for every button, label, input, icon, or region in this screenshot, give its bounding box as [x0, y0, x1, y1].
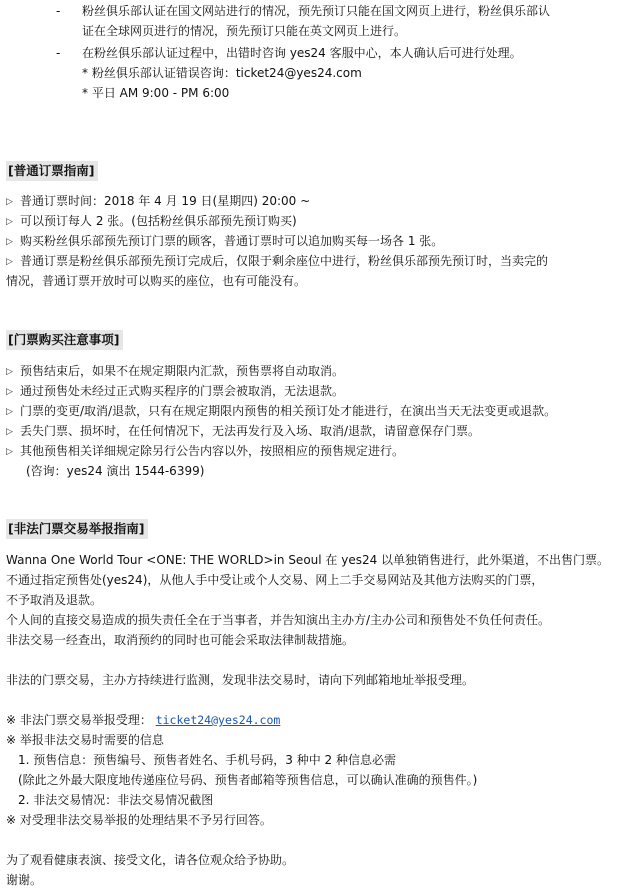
- illegal-paragraph-line: 不通过指定预售处(yes24)，从他人手中受让或个人交易、网上二手交易网站及其他…: [6, 571, 543, 589]
- report-email-row: ※ 非法门票交易举报受理： ticket24@yes24.com: [6, 711, 280, 729]
- report-info-label: ※ 举报非法交易时需要的信息: [6, 731, 164, 749]
- booking-time: 普通订票时间：2018 年 4 月 19 日(星期四) 20:00 ~: [20, 194, 310, 208]
- triangle-bullet-icon: ▷: [6, 193, 20, 211]
- section-title-purchase-notes: [门票购买注意事项]: [6, 330, 123, 350]
- purchase-note-text: 其他预售相关详细规定除另行公告内容以外，按照相应的预售规定进行。: [20, 444, 404, 458]
- general-booking-item: ▷普通订票是粉丝俱乐部预先预订完成后，仅限于剩余座位中进行，粉丝俱乐部预先预订时…: [6, 252, 548, 271]
- triangle-bullet-icon: ▷: [6, 253, 20, 271]
- dash-marker: -: [56, 44, 60, 62]
- report-email-link[interactable]: ticket24@yes24.com: [156, 713, 281, 727]
- booking-limit: 可以预订每人 2 张。(包括粉丝俱乐部预先预订购买): [20, 214, 297, 228]
- report-email-label: ※ 非法门票交易举报受理：: [6, 713, 152, 727]
- booking-extra: 购买粉丝俱乐部预先预订门票的顾客，普通订票时可以追加购买每一场各 1 张。: [20, 234, 443, 248]
- triangle-bullet-icon: ▷: [6, 363, 20, 381]
- triangle-bullet-icon: ▷: [6, 423, 20, 441]
- triangle-bullet-icon: ▷: [6, 213, 20, 231]
- purchase-inquiry: (咨询：yes24 演出 1544-6399): [26, 462, 204, 480]
- report-info-item-2: 2. 非法交易情况：非法交易情况截图: [18, 791, 213, 809]
- fanclub-item-2-line-1: 在粉丝俱乐部认证过程中，出错时咨询 yes24 客服中心，本人确认后可进行处理。: [82, 44, 522, 62]
- purchase-note-item: ▷门票的变更/取消/退款，只有在规定期限内预售的相关预订处才能进行，在演出当天无…: [6, 402, 556, 421]
- triangle-bullet-icon: ▷: [6, 443, 20, 461]
- fanclub-hours: * 平日 AM 9:00 - PM 6:00: [82, 84, 229, 102]
- purchase-note-text: 门票的变更/取消/退款，只有在规定期限内预售的相关预订处才能进行，在演出当天无法…: [20, 404, 556, 418]
- illegal-monitoring-text: 非法的门票交易，主办方持续进行监测，发现非法交易时，请向下列邮箱地址举报受理。: [6, 671, 474, 689]
- illegal-paragraph-line: Wanna One World Tour <ONE: THE WORLD>in …: [6, 551, 609, 569]
- illegal-paragraph-line: 非法交易一经查出，取消预约的同时也可能会采取法律制裁措施。: [6, 631, 354, 649]
- report-info-note: (除此之外最大限度地传递座位号码、预售者邮箱等预售信息，可以确认准确的预售件。): [18, 771, 477, 789]
- purchase-note-item: ▷预售结束后，如果不在规定期限内汇款，预售票将自动取消。: [6, 362, 344, 381]
- purchase-note-text: 预售结束后，如果不在规定期限内汇款，预售票将自动取消。: [20, 364, 344, 378]
- fanclub-item-1-line-2: 证在全球网页进行的情况，预先预订只能在英文网页上进行。: [82, 22, 406, 40]
- triangle-bullet-icon: ▷: [6, 233, 20, 251]
- closing-line-1: 为了观看健康表演、接受文化，请各位观众给予协助。: [6, 851, 294, 869]
- report-info-item-1: 1. 预售信息：预售编号、预售者姓名、手机号码，3 种中 2 种信息必需: [18, 751, 396, 769]
- fanclub-item-1-line-1: 粉丝俱乐部认证在国文网站进行的情况，预先预订只能在国文网页上进行，粉丝俱乐部认: [82, 2, 550, 20]
- general-booking-item: ▷普通订票时间：2018 年 4 月 19 日(星期四) 20:00 ~: [6, 192, 310, 211]
- general-booking-item: ▷购买粉丝俱乐部预先预订门票的顾客，普通订票时可以追加购买每一场各 1 张。: [6, 232, 443, 251]
- general-booking-item: ▷可以预订每人 2 张。(包括粉丝俱乐部预先预订购买): [6, 212, 297, 231]
- no-reply-notice: ※ 对受理非法交易举报的处理结果不予另行回答。: [6, 811, 272, 829]
- dash-marker: -: [56, 2, 60, 20]
- purchase-note-item: ▷丢失门票、损坏时，在任何情况下，无法再发行及入场、取消/退款，请留意保存门票。: [6, 422, 480, 441]
- closing-line-2: 谢谢。: [6, 871, 42, 889]
- fanclub-error-inquiry: * 粉丝俱乐部认证错误咨询：ticket24@yes24.com: [82, 64, 362, 82]
- section-title-illegal-report: [非法门票交易举报指南]: [6, 519, 148, 539]
- purchase-note-text: 通过预售处未经过正式购买程序的门票会被取消，无法退款。: [20, 384, 344, 398]
- illegal-paragraph-line: 个人间的直接交易造成的损失责任全在于当事者，并告知演出主办方/主办公司和预售处不…: [6, 611, 550, 629]
- general-booking-continuation: 情况，普通订票开放时可以购买的座位，也有可能没有。: [6, 272, 306, 290]
- purchase-note-item: ▷通过预售处未经过正式购买程序的门票会被取消，无法退款。: [6, 382, 344, 401]
- booking-remaining: 普通订票是粉丝俱乐部预先预订完成后，仅限于剩余座位中进行，粉丝俱乐部预先预订时，…: [20, 254, 548, 268]
- triangle-bullet-icon: ▷: [6, 403, 20, 421]
- purchase-note-text: 丢失门票、损坏时，在任何情况下，无法再发行及入场、取消/退款，请留意保存门票。: [20, 424, 480, 438]
- triangle-bullet-icon: ▷: [6, 383, 20, 401]
- purchase-note-item: ▷其他预售相关详细规定除另行公告内容以外，按照相应的预售规定进行。: [6, 442, 404, 461]
- section-title-general-booking: [普通订票指南]: [6, 161, 98, 181]
- illegal-paragraph-line: 不予取消及退款。: [6, 591, 102, 609]
